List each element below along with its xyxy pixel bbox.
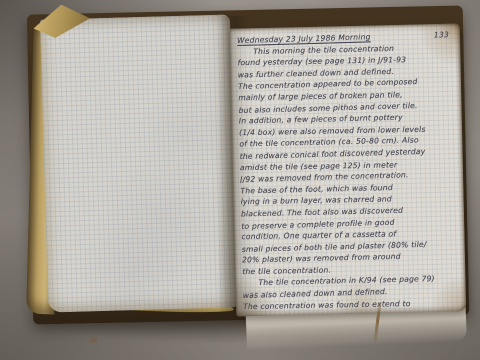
notebook-photo: Wednesday 23 July 1986 Morning 133 This … [0,0,480,360]
journal-entry: Wednesday 23 July 1986 Morning 133 This … [237,30,461,313]
right-page: Wednesday 23 July 1986 Morning 133 This … [230,23,466,316]
left-page [40,14,238,312]
page-number: 133 [434,29,455,41]
stain-dot [90,338,97,343]
